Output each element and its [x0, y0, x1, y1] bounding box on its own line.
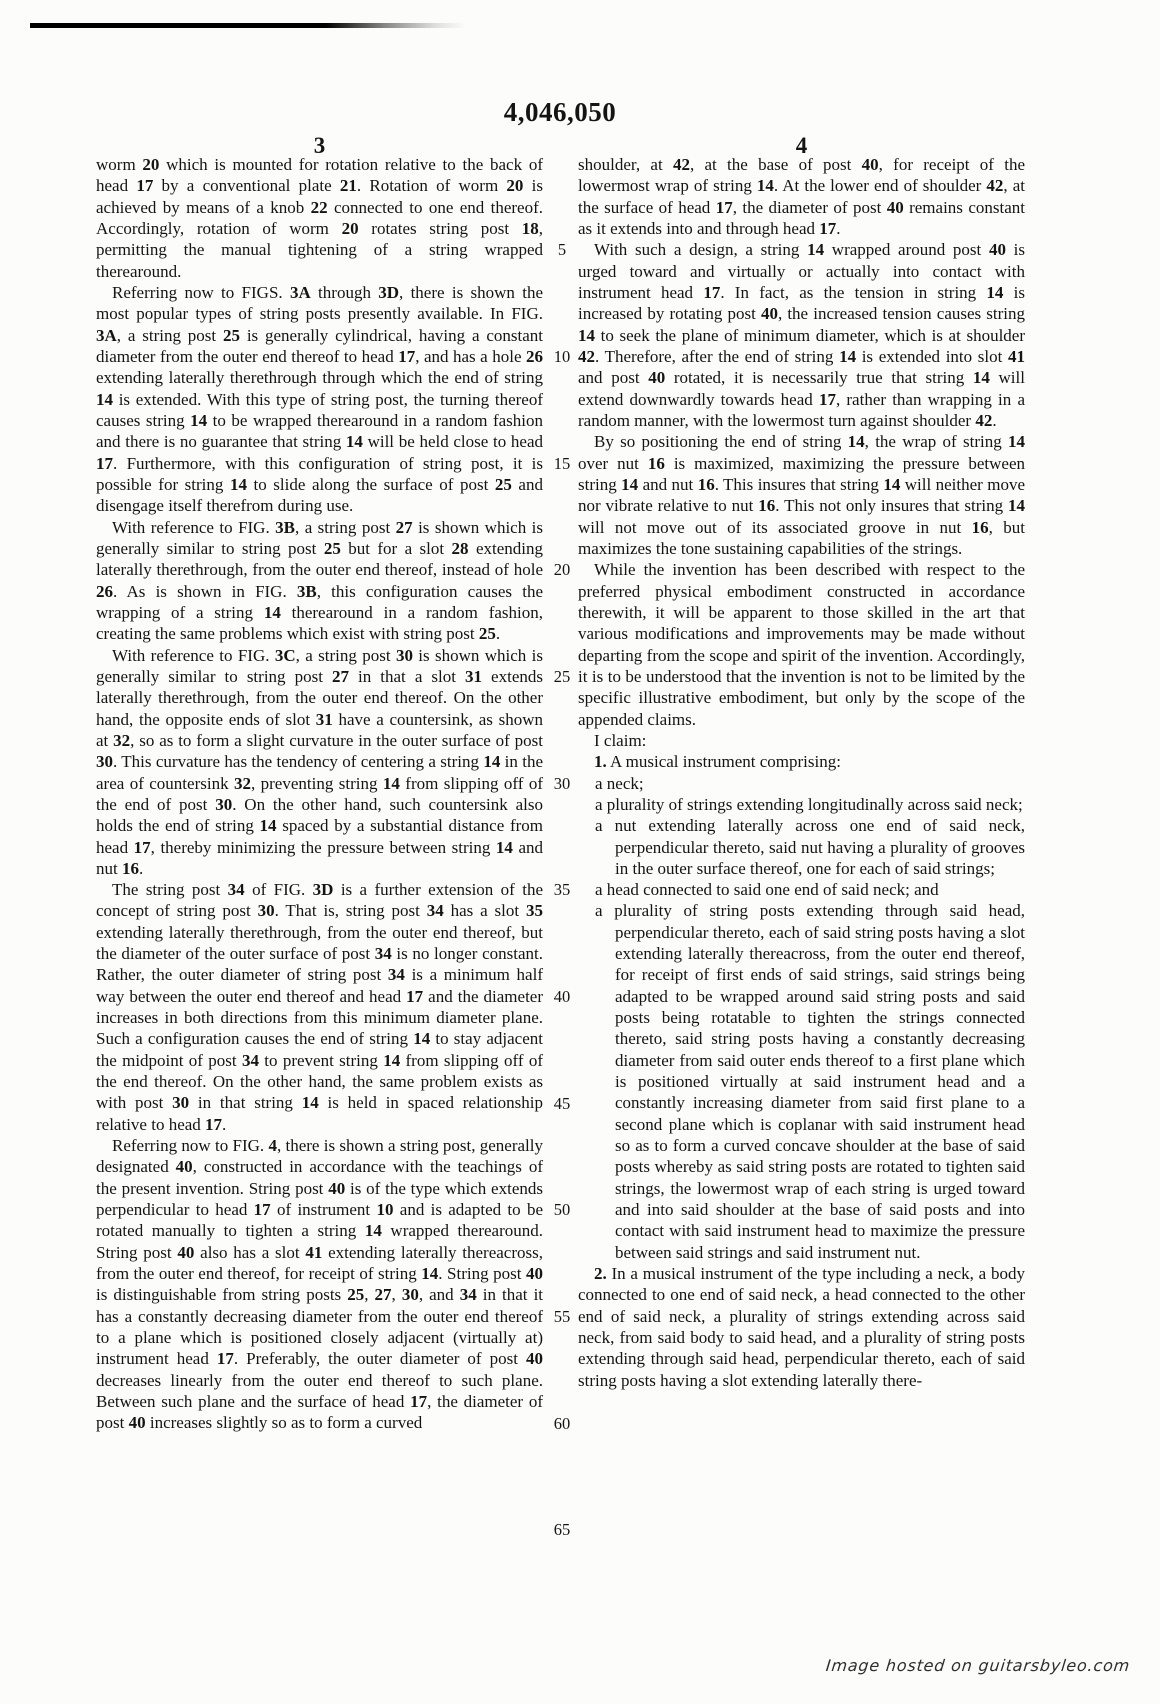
paragraph-text: Referring now to FIG. 4, there is shown …: [96, 1135, 543, 1434]
line-number: 30: [544, 773, 580, 794]
paragraph-text: With reference to FIG. 3C, a string post…: [96, 645, 543, 880]
paragraph-text: By so positioning the end of string 14, …: [578, 431, 1025, 559]
patent-page: 4,046,050 3 4 5 10 15 20 25 30 35 40 45 …: [0, 0, 1160, 1704]
paragraph-text: The string post 34 of FIG. 3D is a furth…: [96, 879, 543, 1135]
line-number: 20: [544, 559, 580, 580]
paragraph-text: With reference to FIG. 3B, a string post…: [96, 517, 543, 645]
line-number: 10: [544, 346, 580, 367]
line-number: 65: [544, 1519, 580, 1540]
line-number: 40: [544, 986, 580, 1007]
claim-lead: I claim:: [578, 730, 1025, 751]
line-number: 25: [544, 666, 580, 687]
claim-1-item: a plurality of string posts extending th…: [578, 900, 1025, 1263]
claim-2-paragraph: 2. In a musical instrument of the type i…: [578, 1263, 1025, 1391]
line-number: 5: [544, 239, 580, 260]
paragraph-text: worm 20 which is mounted for rotation re…: [96, 154, 543, 282]
paragraph-text: With such a design, a string 14 wrapped …: [578, 239, 1025, 431]
left-text-column: worm 20 which is mounted for rotation re…: [96, 154, 543, 1434]
line-number: 55: [544, 1306, 580, 1327]
patent-number: 4,046,050: [0, 97, 1120, 128]
scan-artifact-line: [30, 23, 465, 28]
line-number: 50: [544, 1199, 580, 1220]
right-text-column: shoulder, at 42, at the base of post 40,…: [578, 154, 1025, 1391]
paragraph-text: Referring now to FIGS. 3A through 3D, th…: [96, 282, 543, 517]
line-number: 60: [544, 1413, 580, 1434]
line-number: 15: [544, 453, 580, 474]
paragraph-text: shoulder, at 42, at the base of post 40,…: [578, 154, 1025, 239]
line-number: 35: [544, 879, 580, 900]
watermark: Image hosted on guitarsbyleo.com: [825, 1656, 1131, 1675]
paragraph-text: While the invention has been described w…: [578, 559, 1025, 730]
claim-1-item: a nut extending laterally across one end…: [578, 815, 1025, 879]
claim-1-item: a head connected to said one end of said…: [578, 879, 1025, 900]
claim-1-heading: 1. A musical instrument comprising:: [578, 751, 1025, 772]
claim-1-item: a plurality of strings extending longitu…: [578, 794, 1025, 815]
claim-1-item: a neck;: [578, 773, 1025, 794]
line-number: 45: [544, 1093, 580, 1114]
